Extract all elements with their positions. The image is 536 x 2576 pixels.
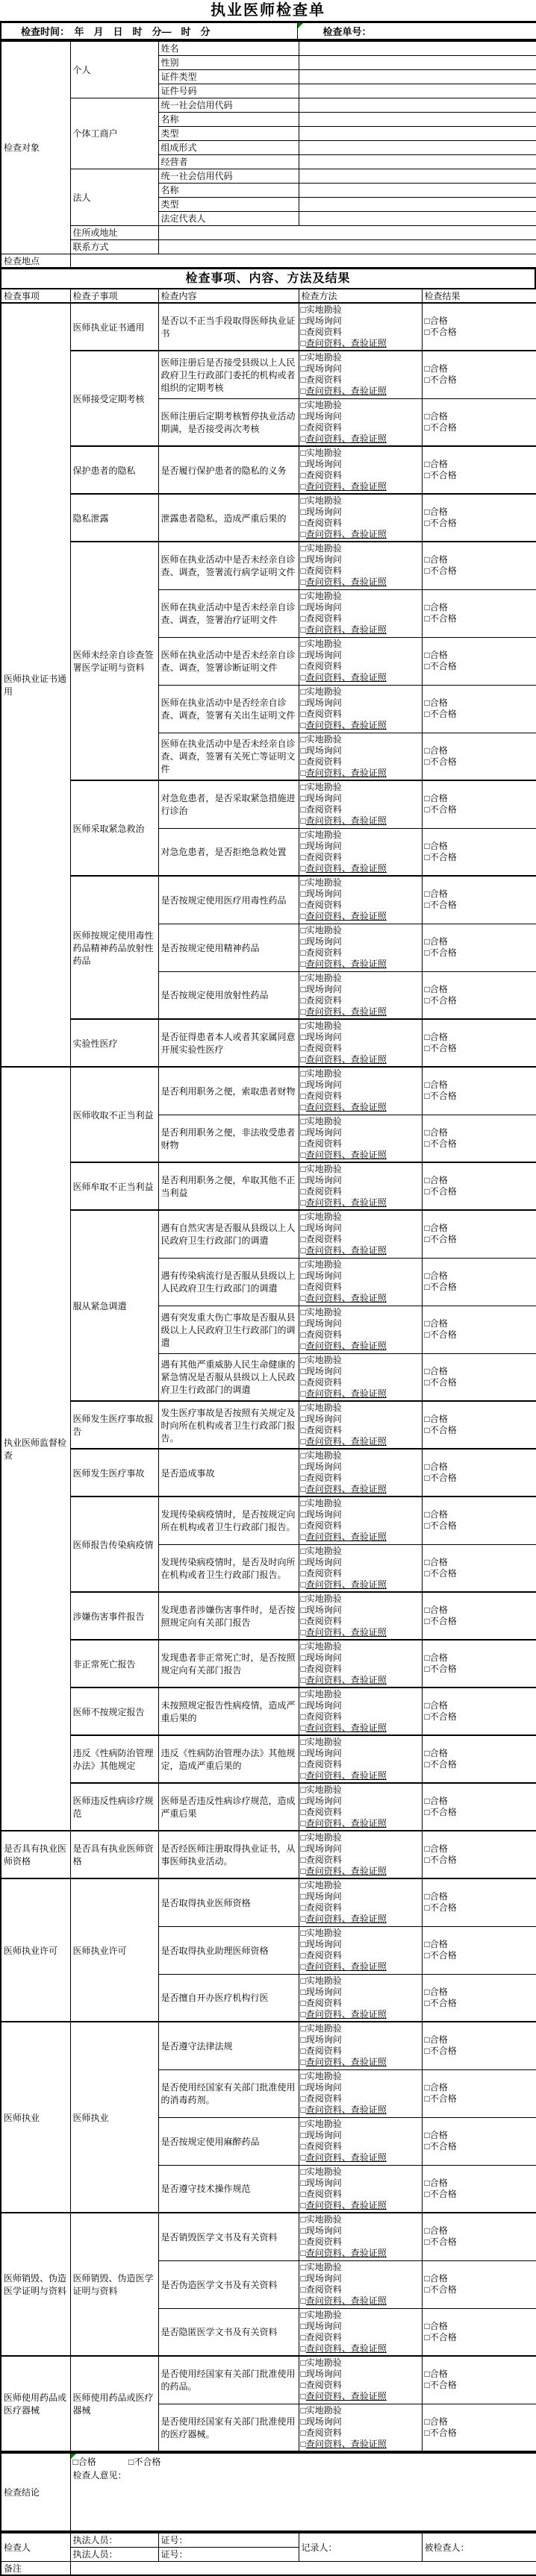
- checkbox-icon[interactable]: □: [301, 1832, 306, 1843]
- checkbox-icon[interactable]: □: [425, 1509, 430, 1520]
- checkbox-icon[interactable]: □: [425, 1652, 430, 1664]
- checkbox-icon[interactable]: □: [425, 2034, 430, 2046]
- checkbox-icon[interactable]: □: [425, 459, 430, 470]
- conclusion-content-cell[interactable]: □合格 □不合格 检查人意见：: [70, 2453, 536, 2531]
- checkbox-icon[interactable]: □: [425, 1318, 430, 1329]
- checkbox-icon[interactable]: □: [301, 1711, 306, 1723]
- checkbox-icon[interactable]: □: [425, 2332, 430, 2343]
- checkbox-icon[interactable]: □: [301, 1186, 306, 1197]
- checkbox-icon[interactable]: □: [301, 639, 306, 650]
- checkbox-icon[interactable]: □: [425, 1282, 430, 1293]
- checkbox-icon[interactable]: □: [301, 1282, 306, 1293]
- checkbox-icon[interactable]: □: [301, 2439, 306, 2450]
- checkbox-icon[interactable]: □: [425, 1043, 430, 1054]
- checkbox-icon[interactable]: □: [301, 1150, 306, 1161]
- checkbox-icon[interactable]: □: [425, 1079, 430, 1091]
- checkbox-icon[interactable]: □: [301, 2428, 306, 2439]
- checkbox-icon[interactable]: □: [425, 793, 430, 804]
- officer-field-1[interactable]: 执法人员：: [70, 2533, 158, 2547]
- checkbox-icon[interactable]: □: [301, 554, 306, 565]
- subject-value-field[interactable]: [299, 55, 536, 69]
- checkbox-icon[interactable]: □: [301, 2200, 306, 2211]
- checkbox-icon[interactable]: □: [425, 2369, 430, 2380]
- subject-value-field[interactable]: [299, 197, 536, 211]
- checkbox-icon[interactable]: □: [425, 1520, 430, 1532]
- checkbox-icon[interactable]: □: [425, 554, 430, 565]
- inspected-person-field[interactable]: 被检查人：: [422, 2533, 536, 2561]
- checkbox-icon[interactable]: □: [301, 1366, 306, 1377]
- subject-value-field[interactable]: [299, 41, 536, 55]
- checkbox-icon[interactable]: □: [425, 1939, 430, 1950]
- subject-value-field[interactable]: [299, 140, 536, 154]
- checkbox-icon[interactable]: □: [425, 565, 430, 577]
- checkbox-icon[interactable]: □: [301, 2082, 306, 2093]
- checkbox-icon[interactable]: □: [301, 2189, 306, 2200]
- checkbox-icon[interactable]: □: [301, 2130, 306, 2141]
- checkbox-icon[interactable]: □: [425, 1473, 430, 1484]
- checkbox-icon[interactable]: □: [301, 1748, 306, 1759]
- checkbox-icon[interactable]: □: [301, 1102, 306, 1113]
- checkbox-icon[interactable]: □: [301, 793, 306, 804]
- checkbox-icon[interactable]: □: [301, 433, 306, 445]
- checkbox-icon[interactable]: □: [301, 1520, 306, 1532]
- checkbox-icon[interactable]: □: [301, 2310, 306, 2321]
- checkbox-icon[interactable]: □: [301, 1568, 306, 1579]
- checkbox-icon[interactable]: □: [301, 1223, 306, 1234]
- subject-value-field[interactable]: [299, 112, 536, 126]
- checkbox-icon[interactable]: □: [301, 877, 306, 889]
- checkbox-icon[interactable]: □: [301, 2332, 306, 2343]
- checkbox-icon[interactable]: □: [301, 1307, 306, 1318]
- checkbox-icon[interactable]: □: [301, 936, 306, 947]
- checkbox-icon[interactable]: □: [425, 2284, 430, 2295]
- checkbox-icon[interactable]: □: [301, 1605, 306, 1616]
- checkbox-icon[interactable]: □: [425, 1605, 430, 1616]
- checkbox-icon[interactable]: □: [301, 995, 306, 1006]
- checkbox-icon[interactable]: □: [425, 2189, 430, 2200]
- checkbox-icon[interactable]: □: [301, 830, 306, 841]
- checkbox-icon[interactable]: □: [301, 1664, 306, 1675]
- checkbox-icon[interactable]: □: [301, 2405, 306, 2416]
- checkbox-icon[interactable]: □: [301, 338, 306, 349]
- checkbox-icon[interactable]: □: [301, 1961, 306, 1972]
- checkbox-icon[interactable]: □: [301, 304, 306, 316]
- checkbox-icon[interactable]: □: [425, 1950, 430, 1961]
- checkbox-icon[interactable]: □: [301, 1068, 306, 1079]
- checkbox-icon[interactable]: □: [425, 2428, 430, 2439]
- checkbox-icon[interactable]: □: [425, 1366, 430, 1377]
- checkbox-icon[interactable]: □: [301, 459, 306, 470]
- checkbox-icon[interactable]: □: [301, 911, 306, 922]
- checkbox-icon[interactable]: □: [301, 1855, 306, 1866]
- checkbox-icon[interactable]: □: [301, 1866, 306, 1877]
- checkbox-icon[interactable]: □: [301, 852, 306, 863]
- checkbox-icon[interactable]: □: [301, 2093, 306, 2105]
- checkbox-icon[interactable]: □: [425, 422, 430, 433]
- checkbox-icon[interactable]: □: [301, 2321, 306, 2332]
- checkbox-icon[interactable]: □: [301, 1998, 306, 2009]
- checkbox-icon[interactable]: □: [425, 613, 430, 624]
- checkbox-icon[interactable]: □: [301, 1032, 306, 1043]
- checkbox-icon[interactable]: □: [425, 1796, 430, 1807]
- checkbox-icon[interactable]: □: [301, 2071, 306, 2082]
- checkbox-icon[interactable]: □: [425, 1998, 430, 2009]
- checkbox-icon[interactable]: □: [301, 1532, 306, 1543]
- checkbox-icon[interactable]: □: [301, 1388, 306, 1400]
- checkbox-icon[interactable]: □: [301, 518, 306, 529]
- checkbox-icon[interactable]: □: [425, 661, 430, 672]
- checkbox-icon[interactable]: □: [301, 815, 306, 827]
- checkbox-icon[interactable]: □: [301, 1616, 306, 1627]
- checkbox-icon[interactable]: □: [301, 2416, 306, 2428]
- checkbox-icon[interactable]: □: [301, 1880, 306, 1891]
- checkbox-icon[interactable]: □: [301, 2237, 306, 2248]
- checkbox-icon[interactable]: □: [301, 529, 306, 540]
- inspection-time-field[interactable]: 检查时间： 年 月 日 时 分— 时 分: [1, 22, 297, 40]
- checkbox-icon[interactable]: □: [301, 386, 306, 397]
- checkbox-icon[interactable]: □: [301, 1197, 306, 1209]
- checkbox-icon[interactable]: □: [301, 698, 306, 709]
- checkbox-icon[interactable]: □: [301, 1054, 306, 1065]
- checkbox-icon[interactable]: □: [425, 1664, 430, 1675]
- checkbox-icon[interactable]: □: [301, 1759, 306, 1770]
- checkbox-icon[interactable]: □: [301, 2284, 306, 2295]
- checkbox-icon[interactable]: □: [301, 1675, 306, 1686]
- officer-field-2[interactable]: 执法人员：: [70, 2547, 158, 2561]
- checkbox-icon[interactable]: □: [425, 889, 430, 900]
- checkbox-icon[interactable]: □: [425, 2130, 430, 2141]
- checkbox-icon[interactable]: □: [301, 1212, 306, 1223]
- checkbox-icon[interactable]: □: [301, 1318, 306, 1329]
- subject-value-field[interactable]: [158, 225, 536, 239]
- checkbox-icon[interactable]: □: [301, 1796, 306, 1807]
- checkbox-icon[interactable]: □: [425, 2321, 430, 2332]
- checkbox-icon[interactable]: □: [425, 2093, 430, 2105]
- checkbox-icon[interactable]: □: [425, 2273, 430, 2284]
- checkbox-icon[interactable]: □: [425, 411, 430, 422]
- checkbox-icon[interactable]: □: [301, 1818, 306, 1829]
- checkbox-icon[interactable]: □: [425, 1270, 430, 1282]
- checkbox-icon[interactable]: □: [301, 591, 306, 602]
- checkbox-icon[interactable]: □: [425, 375, 430, 386]
- checkbox-icon[interactable]: □: [301, 2178, 306, 2189]
- checkbox-icon[interactable]: □: [425, 1377, 430, 1388]
- checkbox-icon[interactable]: □: [301, 1245, 306, 1256]
- checkbox-icon[interactable]: □: [301, 1641, 306, 1652]
- checkbox-icon[interactable]: □: [301, 1987, 306, 1998]
- checkbox-icon[interactable]: □: [301, 1546, 306, 1557]
- conclusion-option-fail[interactable]: □不合格: [128, 2457, 161, 2467]
- checkbox-icon[interactable]: □: [301, 1484, 306, 1495]
- checkbox-icon[interactable]: □: [301, 1021, 306, 1032]
- cert-number-field-2[interactable]: 证号：: [158, 2547, 299, 2561]
- checkbox-icon[interactable]: □: [301, 1461, 306, 1473]
- checkbox-icon[interactable]: □: [301, 1403, 306, 1414]
- checkbox-icon[interactable]: □: [425, 1223, 430, 1234]
- checkbox-icon[interactable]: □: [301, 448, 306, 459]
- checkbox-icon[interactable]: □: [301, 1498, 306, 1509]
- checkbox-icon[interactable]: □: [301, 973, 306, 984]
- inspection-location-field[interactable]: [70, 254, 536, 268]
- checkbox-icon[interactable]: □: [301, 984, 306, 995]
- checkbox-icon[interactable]: □: [301, 782, 306, 793]
- checkbox-icon[interactable]: □: [425, 1138, 430, 1150]
- checkbox-icon[interactable]: □: [301, 841, 306, 852]
- checkbox-icon[interactable]: □: [301, 1891, 306, 1902]
- method-option-label: 查阅资料: [306, 804, 342, 815]
- checkbox-icon[interactable]: □: [301, 745, 306, 756]
- checkbox-icon[interactable]: □: [301, 1557, 306, 1568]
- checkbox-icon[interactable]: □: [301, 1259, 306, 1270]
- checkbox-icon[interactable]: □: [301, 352, 306, 363]
- checkbox-icon[interactable]: □: [425, 470, 430, 481]
- checkbox-icon[interactable]: □: [301, 709, 306, 720]
- checkbox-icon[interactable]: □: [425, 756, 430, 768]
- checkbox-icon[interactable]: □: [301, 375, 306, 386]
- subject-value-field[interactable]: [299, 183, 536, 197]
- checkbox-icon[interactable]: □: [425, 650, 430, 661]
- checkbox-icon[interactable]: □: [425, 2141, 430, 2152]
- checkbox-icon[interactable]: □: [425, 1807, 430, 1818]
- checkbox-icon[interactable]: □: [425, 1186, 430, 1197]
- checkbox-icon[interactable]: □: [301, 2009, 306, 2020]
- checkbox-icon[interactable]: □: [425, 1759, 430, 1770]
- checkbox-icon[interactable]: □: [425, 327, 430, 338]
- checkbox-icon[interactable]: □: [425, 518, 430, 529]
- checkbox-icon[interactable]: □: [301, 1593, 306, 1605]
- checkbox-icon[interactable]: □: [301, 411, 306, 422]
- checkbox-icon[interactable]: □: [301, 1293, 306, 1304]
- subject-value-field[interactable]: [299, 98, 536, 112]
- checkbox-icon[interactable]: □: [301, 543, 306, 554]
- checkbox-icon[interactable]: □: [301, 507, 306, 518]
- checkbox-icon[interactable]: □: [301, 602, 306, 613]
- checkbox-icon[interactable]: □: [301, 756, 306, 768]
- checkbox-icon[interactable]: □: [301, 613, 306, 624]
- checkbox-icon[interactable]: □: [301, 1723, 306, 1734]
- checkbox-icon[interactable]: □: [425, 841, 430, 852]
- recorder-field[interactable]: 记录人：: [299, 2533, 422, 2561]
- checkbox-icon[interactable]: □: [301, 1975, 306, 1987]
- checkbox-icon[interactable]: □: [301, 1700, 306, 1711]
- checkbox-icon[interactable]: □: [425, 1234, 430, 1245]
- checkbox-icon[interactable]: □: [301, 1627, 306, 1638]
- checkbox-icon[interactable]: □: [301, 959, 306, 970]
- checkbox-icon[interactable]: □: [425, 1329, 430, 1341]
- checkbox-icon[interactable]: □: [301, 947, 306, 959]
- checkbox-icon[interactable]: □: [425, 1425, 430, 1436]
- checkbox-icon[interactable]: □: [425, 2380, 430, 2391]
- cert-number-field-1[interactable]: 证号：: [158, 2533, 299, 2547]
- checkbox-icon[interactable]: □: [425, 745, 430, 756]
- checkbox-icon[interactable]: □: [301, 2380, 306, 2391]
- checkbox-icon[interactable]: □: [301, 1414, 306, 1425]
- checkbox-icon[interactable]: □: [301, 2105, 306, 2116]
- checkbox-icon[interactable]: □: [301, 2343, 306, 2354]
- checkbox-icon[interactable]: □: [301, 2046, 306, 2057]
- checkbox-icon[interactable]: □: [425, 2225, 430, 2237]
- checkbox-icon[interactable]: □: [301, 1939, 306, 1950]
- subject-value-field[interactable]: [299, 126, 536, 140]
- checkbox-icon[interactable]: □: [301, 2141, 306, 2152]
- checkbox-icon[interactable]: □: [301, 2119, 306, 2130]
- checkbox-icon[interactable]: □: [301, 1341, 306, 1352]
- checkbox-icon[interactable]: □: [301, 1377, 306, 1388]
- subject-value-field[interactable]: [299, 69, 536, 84]
- checkbox-icon[interactable]: □: [301, 2273, 306, 2284]
- checkbox-icon[interactable]: □: [301, 1043, 306, 1054]
- checkbox-icon[interactable]: □: [301, 1928, 306, 1939]
- checkbox-icon[interactable]: □: [301, 1689, 306, 1700]
- checkbox-icon[interactable]: □: [301, 2225, 306, 2237]
- checkbox-icon[interactable]: □: [301, 720, 306, 731]
- checkbox-icon[interactable]: □: [301, 1807, 306, 1818]
- checkbox-icon[interactable]: □: [301, 863, 306, 874]
- checkbox-icon[interactable]: □: [301, 672, 306, 683]
- checkbox-icon[interactable]: □: [301, 1270, 306, 1282]
- checkbox-icon[interactable]: □: [425, 804, 430, 815]
- checkbox-icon[interactable]: □: [301, 2023, 306, 2034]
- conclusion-option-pass[interactable]: □合格: [73, 2457, 96, 2467]
- method-option: □查阅资料: [301, 1473, 420, 1484]
- checkbox-icon[interactable]: □: [301, 1355, 306, 1366]
- checkbox-icon[interactable]: □: [301, 1509, 306, 1520]
- checkbox-icon[interactable]: □: [301, 422, 306, 433]
- subject-value-field[interactable]: [299, 169, 536, 183]
- checkbox-icon[interactable]: □: [301, 1006, 306, 1018]
- checkbox-icon[interactable]: □: [301, 2391, 306, 2402]
- checkbox-icon[interactable]: □: [425, 984, 430, 995]
- checkbox-icon[interactable]: □: [301, 925, 306, 936]
- checkbox-icon[interactable]: □: [301, 1175, 306, 1186]
- checkbox-icon[interactable]: □: [425, 316, 430, 327]
- checkbox-icon[interactable]: □: [425, 698, 430, 709]
- checkbox-icon[interactable]: □: [425, 1843, 430, 1855]
- checkbox-icon[interactable]: □: [301, 1164, 306, 1175]
- checkbox-icon[interactable]: □: [425, 1748, 430, 1759]
- checkbox-icon[interactable]: □: [425, 1032, 430, 1043]
- subject-value-field[interactable]: [299, 211, 536, 225]
- checkbox-icon[interactable]: □: [301, 889, 306, 900]
- checkbox-icon[interactable]: □: [301, 1329, 306, 1341]
- checkbox-icon[interactable]: □: [301, 1784, 306, 1796]
- checkbox-icon[interactable]: □: [301, 363, 306, 375]
- checkbox-icon[interactable]: □: [425, 1568, 430, 1579]
- checkbox-icon[interactable]: □: [425, 1414, 430, 1425]
- checkbox-icon[interactable]: □: [425, 363, 430, 375]
- checkbox-icon[interactable]: □: [301, 1473, 306, 1484]
- checkbox-icon[interactable]: □: [425, 1902, 430, 1914]
- checkbox-icon[interactable]: □: [425, 507, 430, 518]
- checkbox-icon[interactable]: □: [425, 1987, 430, 1998]
- remark-field[interactable]: [70, 2561, 536, 2575]
- checkbox-icon[interactable]: □: [301, 1138, 306, 1150]
- checkbox-icon[interactable]: □: [301, 1579, 306, 1591]
- checkbox-icon[interactable]: □: [425, 2237, 430, 2248]
- checkbox-icon[interactable]: □: [301, 2034, 306, 2046]
- checkbox-icon[interactable]: □: [301, 1770, 306, 1781]
- checkbox-icon[interactable]: □: [301, 734, 306, 745]
- subject-value-field[interactable]: [299, 84, 536, 98]
- checkbox-icon[interactable]: □: [425, 936, 430, 947]
- checkbox-icon[interactable]: □: [425, 709, 430, 720]
- checkbox-icon[interactable]: □: [301, 1737, 306, 1748]
- checkbox-icon[interactable]: □: [301, 2152, 306, 2163]
- checkbox-icon[interactable]: □: [301, 1652, 306, 1664]
- checkbox-icon[interactable]: □: [301, 2357, 306, 2369]
- checkbox-icon[interactable]: □: [301, 495, 306, 507]
- subject-value-field[interactable]: [299, 154, 536, 169]
- checkbox-icon[interactable]: □: [301, 1116, 306, 1127]
- checkbox-icon[interactable]: □: [301, 1950, 306, 1961]
- checkbox-icon[interactable]: □: [425, 900, 430, 911]
- checkbox-icon[interactable]: □: [425, 1891, 430, 1902]
- checkbox-icon[interactable]: □: [301, 1091, 306, 1102]
- checkbox-icon[interactable]: □: [425, 947, 430, 959]
- checkbox-icon[interactable]: □: [301, 565, 306, 577]
- checkbox-icon[interactable]: □: [425, 2178, 430, 2189]
- checkbox-icon[interactable]: □: [425, 602, 430, 613]
- checkbox-icon[interactable]: □: [425, 1091, 430, 1102]
- checkbox-icon[interactable]: □: [301, 481, 306, 492]
- checkbox-icon[interactable]: □: [301, 624, 306, 636]
- checkbox-icon[interactable]: □: [425, 2416, 430, 2428]
- checkbox-icon[interactable]: □: [301, 2295, 306, 2307]
- checkbox-icon[interactable]: □: [301, 2248, 306, 2259]
- checkbox-icon[interactable]: □: [301, 768, 306, 779]
- checkbox-icon[interactable]: □: [301, 1127, 306, 1138]
- checkbox-icon[interactable]: □: [301, 1450, 306, 1461]
- checkbox-icon[interactable]: □: [301, 2057, 306, 2068]
- subject-value-field[interactable]: [158, 239, 536, 254]
- checkbox-icon[interactable]: □: [301, 686, 306, 698]
- checkbox-icon[interactable]: □: [425, 1175, 430, 1186]
- checkbox-icon[interactable]: □: [301, 1902, 306, 1914]
- checkbox-icon[interactable]: □: [301, 400, 306, 411]
- checkbox-icon[interactable]: □: [301, 1914, 306, 1925]
- checkbox-icon[interactable]: □: [301, 2369, 306, 2380]
- checkbox-icon[interactable]: □: [425, 1127, 430, 1138]
- checkbox-icon[interactable]: □: [425, 1855, 430, 1866]
- checkbox-icon[interactable]: □: [301, 1436, 306, 1447]
- checkbox-icon[interactable]: □: [425, 1557, 430, 1568]
- checkbox-icon[interactable]: □: [425, 995, 430, 1006]
- checkbox-icon[interactable]: □: [301, 661, 306, 672]
- checkbox-icon[interactable]: □: [425, 1616, 430, 1627]
- checkbox-icon[interactable]: □: [301, 577, 306, 588]
- checkbox-icon[interactable]: □: [301, 804, 306, 815]
- checkbox-icon[interactable]: □: [301, 900, 306, 911]
- checkbox-icon[interactable]: □: [425, 1461, 430, 1473]
- checkbox-icon[interactable]: □: [301, 1425, 306, 1436]
- checkbox-icon[interactable]: □: [425, 1711, 430, 1723]
- checkbox-icon[interactable]: □: [425, 2082, 430, 2093]
- checkbox-icon[interactable]: □: [301, 650, 306, 661]
- checkbox-icon[interactable]: □: [301, 327, 306, 338]
- inspection-order-number-field[interactable]: 检查单号：: [297, 22, 536, 40]
- checkbox-icon[interactable]: □: [425, 2046, 430, 2057]
- checkbox-icon[interactable]: □: [425, 852, 430, 863]
- checkbox-icon[interactable]: □: [301, 1079, 306, 1091]
- checkbox-icon[interactable]: □: [301, 2166, 306, 2178]
- checkbox-icon[interactable]: □: [301, 2214, 306, 2225]
- checkbox-icon[interactable]: □: [301, 470, 306, 481]
- checkbox-icon[interactable]: □: [301, 1843, 306, 1855]
- checkbox-icon[interactable]: □: [425, 1700, 430, 1711]
- checkbox-icon[interactable]: □: [301, 2262, 306, 2273]
- checkbox-icon[interactable]: □: [301, 1234, 306, 1245]
- checkbox-icon[interactable]: □: [301, 316, 306, 327]
